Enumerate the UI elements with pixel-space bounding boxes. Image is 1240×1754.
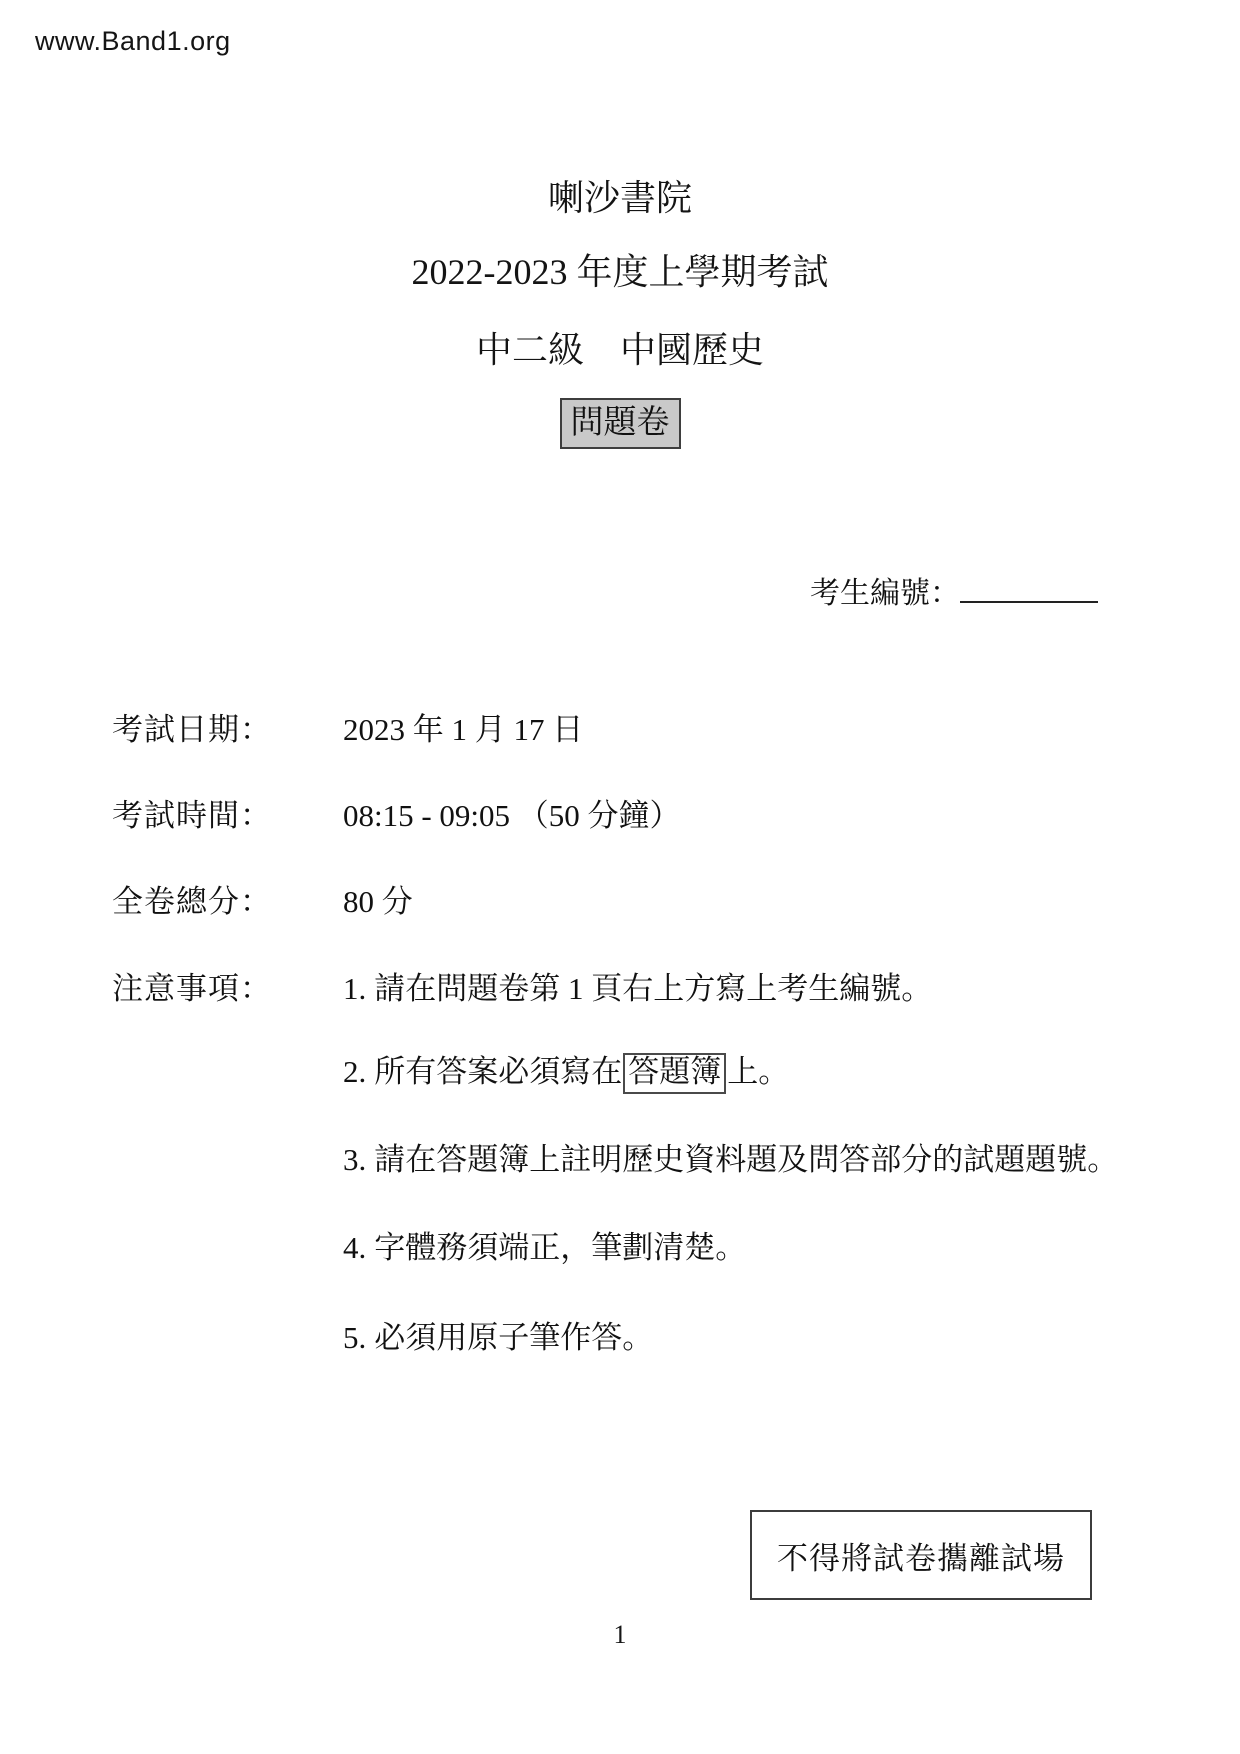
candidate-number-label: 考生編號： xyxy=(810,577,960,610)
note-text-pre: 所有答案必須寫在 xyxy=(374,1054,622,1089)
exam-date-label: 考試日期： xyxy=(112,704,272,749)
candidate-number-blank xyxy=(960,573,1098,603)
note-text: 請在問題卷第 1 頁右上方寫上考生編號。 xyxy=(374,971,932,1006)
exam-time-value: 08:15 - 09:05 （50 分鐘） xyxy=(343,790,681,835)
notes-label: 注意事項： xyxy=(112,963,272,1008)
note-number: 4. xyxy=(343,1230,366,1265)
note-number: 2. xyxy=(343,1054,366,1089)
note-text: 請在答題簿上註明歷史資料題及問答部分的試題題號。 xyxy=(374,1142,1118,1177)
no-removal-warning-text: 不得將試卷攜離試場 xyxy=(777,1533,1065,1578)
answer-book-boxed-term: 答題簿 xyxy=(623,1053,726,1094)
note-item-4: 4.字體務須端正，筆劃清楚。 xyxy=(343,1222,746,1267)
note-item-2: 2.所有答案必須寫在答題簿上。 xyxy=(343,1046,789,1094)
note-number: 3. xyxy=(343,1142,366,1177)
note-text-post: 上。 xyxy=(727,1054,789,1089)
exam-title: 2022-2023 年度上學期考試 xyxy=(0,252,1240,293)
candidate-number-row: 考生編號： xyxy=(810,568,1098,612)
note-text: 必須用原子筆作答。 xyxy=(374,1320,653,1355)
note-item-3: 3.請在答題簿上註明歷史資料題及問答部分的試題題號。 xyxy=(343,1134,1118,1179)
note-number: 1. xyxy=(343,971,366,1006)
note-item-1: 1.請在問題卷第 1 頁右上方寫上考生編號。 xyxy=(343,963,932,1008)
site-watermark: www.Band1.org xyxy=(35,26,231,57)
note-text: 字體務須端正，筆劃清楚。 xyxy=(374,1230,746,1265)
total-marks-label: 全卷總分： xyxy=(112,876,272,921)
exam-cover-page: www.Band1.org 喇沙書院 2022-2023 年度上學期考試 中二級… xyxy=(0,0,1240,1754)
exam-date-value: 2023 年 1 月 17 日 xyxy=(343,704,583,749)
page-number: 1 xyxy=(0,1620,1240,1650)
no-removal-warning-box: 不得將試卷攜離試場 xyxy=(750,1510,1092,1600)
paper-type-wrap: 問題卷 xyxy=(0,398,1240,449)
total-marks-value: 80 分 xyxy=(343,876,413,921)
note-item-5: 5.必須用原子筆作答。 xyxy=(343,1312,653,1357)
class-subject: 中二級 中國歷史 xyxy=(0,330,1240,371)
paper-type-badge: 問題卷 xyxy=(560,398,681,449)
note-number: 5. xyxy=(343,1320,366,1355)
exam-time-label: 考試時間： xyxy=(112,790,272,835)
school-name: 喇沙書院 xyxy=(0,178,1240,219)
